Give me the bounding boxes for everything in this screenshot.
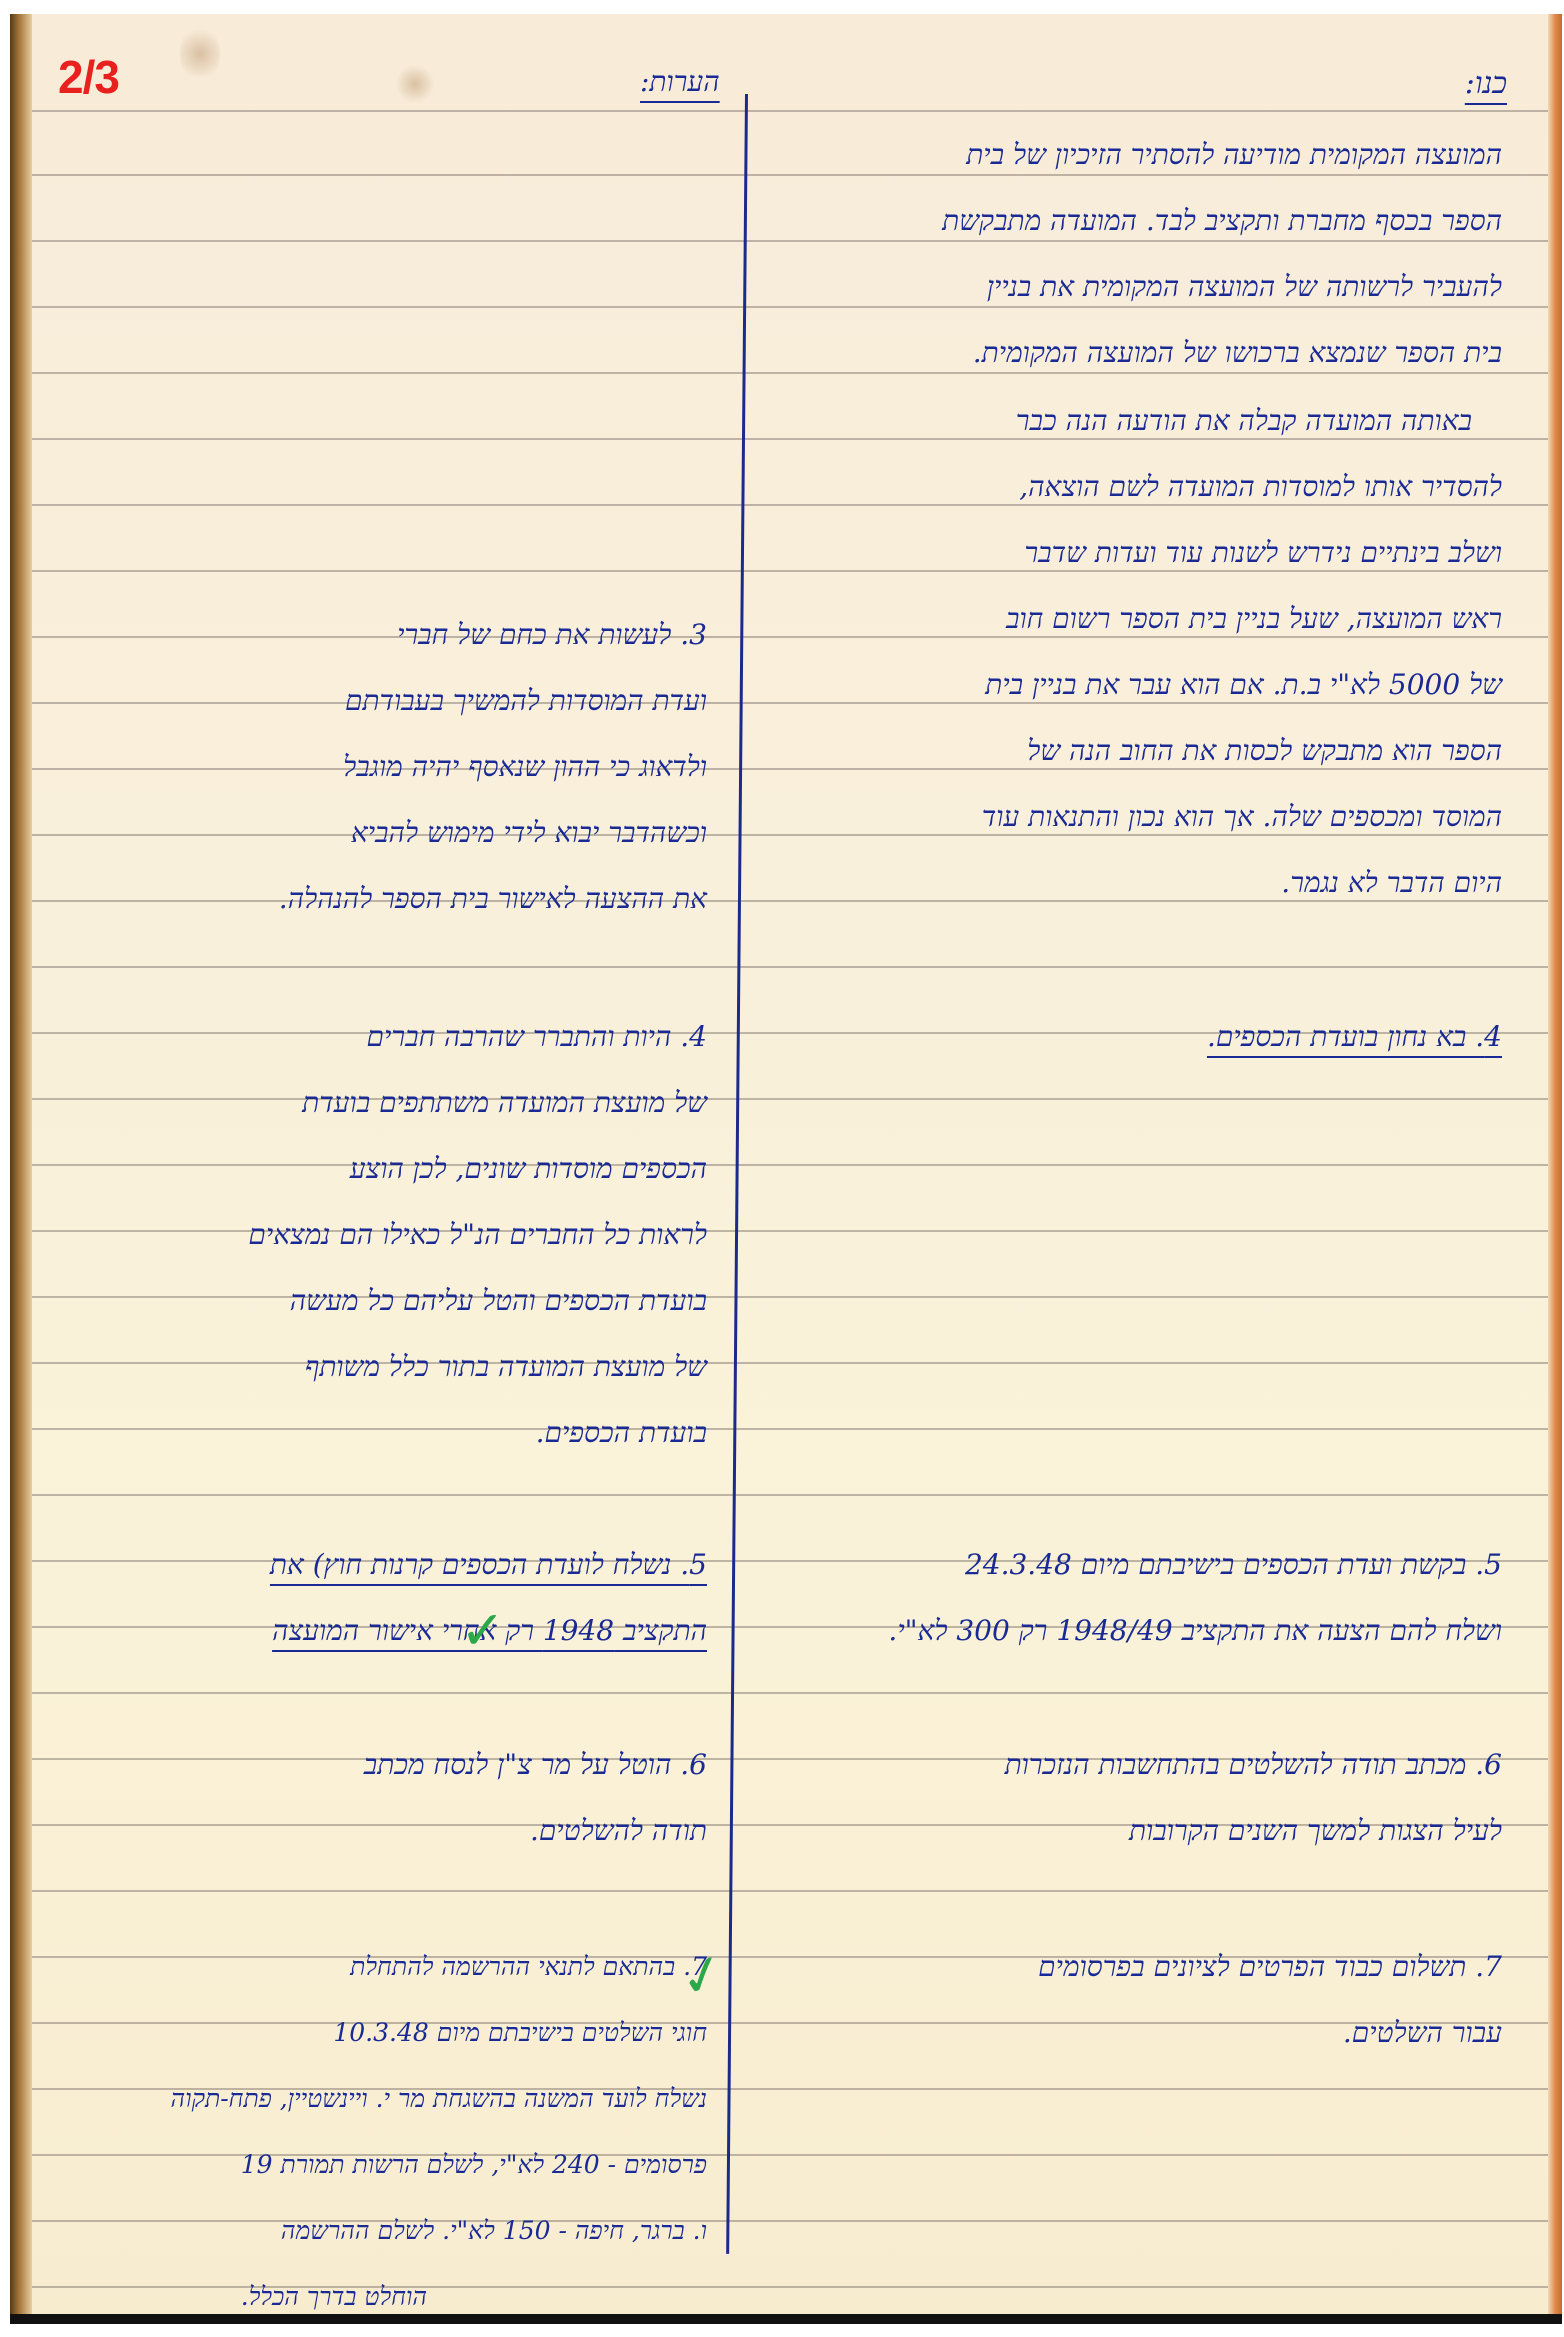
text-line: 4. היות והתברר שהרבה חברים (47, 1004, 707, 1070)
text-line: 5. נשלח לועדת הכספים קרנות חוץ) את (47, 1532, 707, 1598)
right-paragraph-2: באותה המועדה קבלה את הודעה הנה כבר להסדי… (832, 388, 1502, 916)
binding-edge (10, 14, 32, 2324)
text-line: 7. בהתאם לתנאי ההרשמה להתחלת (47, 1934, 707, 2000)
right-item-7: 7. תשלום כבוד הפרטים לציונים בפרסומים עב… (832, 1934, 1502, 2066)
left-item-3: 3. לעשות את כחם של חברי ועדת המוסדות להמ… (47, 602, 707, 932)
notebook-page: 2/3 כנו: המועצה המקומית מודיעה להסתיר הז… (10, 14, 1562, 2324)
left-item-5: 5. נשלח לועדת הכספים קרנות חוץ) את התקצי… (47, 1532, 707, 1664)
text-line: וכשהדבר יבוא לידי מימוש להביא (47, 800, 707, 866)
text-line: 7. תשלום כבוד הפרטים לציונים בפרסומים (832, 1934, 1502, 2000)
text-line: בית הספר שנמצא ברכושו של המועצה המקומית. (832, 320, 1502, 386)
text-line: לעיל הצגות למשך השנים הקרובות (802, 1798, 1502, 1864)
text-line: 6. מכתב תודה להשלטים בהתחשבות הנזכרות (802, 1732, 1502, 1798)
right-item-5: 5. בקשת ועדת הכספים בישיבתם מיום 24.3.48… (832, 1532, 1502, 1664)
text-line: בועדת הכספים. (47, 1400, 707, 1466)
text-line: להעביר לרשותה של המועצה המקומית את בניין (832, 254, 1502, 320)
text-line: 6. הוטל על מר צ"ן לנסח מכתב (47, 1732, 707, 1798)
text-line: באותה המועדה קבלה את הודעה הנה כבר (832, 388, 1502, 454)
text-line: של מועצת המועדה משתתפים בועדת (47, 1070, 707, 1136)
text-line: 4. בא נחון בועדת הכספים. (832, 1004, 1502, 1070)
text-line: הכספים מוסדות שונים, לכן הוצע (47, 1136, 707, 1202)
right-column-heading: כנו: (1465, 54, 1507, 114)
ruled-line (32, 1494, 1548, 1496)
left-item-4: 4. היות והתברר שהרבה חברים של מועצת המוע… (47, 1004, 707, 1466)
text-line: נשלח לועד המשנה בהשגחת מר י. ויינשטיין, … (47, 2066, 707, 2132)
text-line: ראש המועצה, שעל בניין בית הספר רשום חוב (832, 586, 1502, 652)
right-item-6: 6. מכתב תודה להשלטים בהתחשבות הנזכרות לע… (802, 1732, 1502, 1864)
text-line: להסדיר אותו למוסדות המועדה לשם הוצאה, (832, 454, 1502, 520)
text-line: חוגי השלטים בישיבתם מיום 10.3.48 (47, 2000, 707, 2066)
text-line: לראות כל החברים הנ"ל כאילו הם נמצאים (47, 1202, 707, 1268)
ruled-line (32, 110, 1548, 112)
text-line: היום הדבר לא נגמר. (832, 850, 1502, 916)
text-line: המוסד ומכספים שלה. אך הוא נכון והתנאות ע… (832, 784, 1502, 850)
stain (180, 24, 220, 84)
stain (395, 64, 435, 104)
text-line: תודה להשלטים. (47, 1798, 707, 1864)
right-paragraph-1: המועצה המקומית מודיעה להסתיר הזיכיון של … (832, 122, 1502, 386)
text-line: של 5000 לא"י ב.ת. אם הוא עבר את בניין בי… (832, 652, 1502, 718)
text-line: ועדת המוסדות להמשיך בעבודתם (47, 668, 707, 734)
left-column-heading: הערות: (640, 52, 720, 112)
text-line: ו. ברגר, חיפה - 150 לא"י. לשלם ההרשמה (47, 2198, 707, 2264)
right-item-4: 4. בא נחון בועדת הכספים. (832, 1004, 1502, 1070)
text-line: פרסומים - 240 לא"י, לשלם הרשות תמורת 19 (47, 2132, 707, 2198)
left-item-7: 7. בהתאם לתנאי ההרשמה להתחלת חוגי השלטים… (47, 1934, 707, 2324)
text-line: הספר בכסף מחברת ותקציב לבד. המועדה מתבקש… (832, 188, 1502, 254)
ruled-line (32, 1890, 1548, 1892)
text-line: 5. בקשת ועדת הכספים בישיבתם מיום 24.3.48 (832, 1532, 1502, 1598)
text-line: ושלח להם הצעה את התקציב 1948/49 רק 300 ל… (832, 1598, 1502, 1664)
text-line: של מועצת המועדה בתור כלל משותף (47, 1334, 707, 1400)
text-line: ולדאוג כי ההון שנאסף יהיה מוגבל (47, 734, 707, 800)
page-edge (1548, 14, 1562, 2324)
text-line: את ההצעה לאישור בית הספר להנהלה. (47, 866, 707, 932)
text-line: 3. לעשות את כחם של חברי (47, 602, 707, 668)
page-bottom-edge (10, 2314, 1562, 2324)
left-item-6: 6. הוטל על מר צ"ן לנסח מכתב תודה להשלטים… (47, 1732, 707, 1864)
text-line: הספר הוא מתבקש לכסות את החוב הנה של (832, 718, 1502, 784)
ruled-line (32, 1692, 1548, 1694)
text-line: ושלב בינתיים נידרש לשנות עוד ועדות שדבר (832, 520, 1502, 586)
text-line: המועצה המקומית מודיעה להסתיר הזיכיון של … (832, 122, 1502, 188)
text-line: התקציב 1948 רק אחרי אישור המועצה (47, 1598, 707, 1664)
ruled-line (32, 966, 1548, 968)
column-divider (726, 94, 748, 2254)
text-line: עבור השלטים. (832, 2000, 1502, 2066)
page-marker: 2/3 (58, 50, 119, 104)
text-line: בועדת הכספים והטל עליהם כל מעשה (47, 1268, 707, 1334)
check-mark-icon: ✓ (460, 1599, 505, 1662)
